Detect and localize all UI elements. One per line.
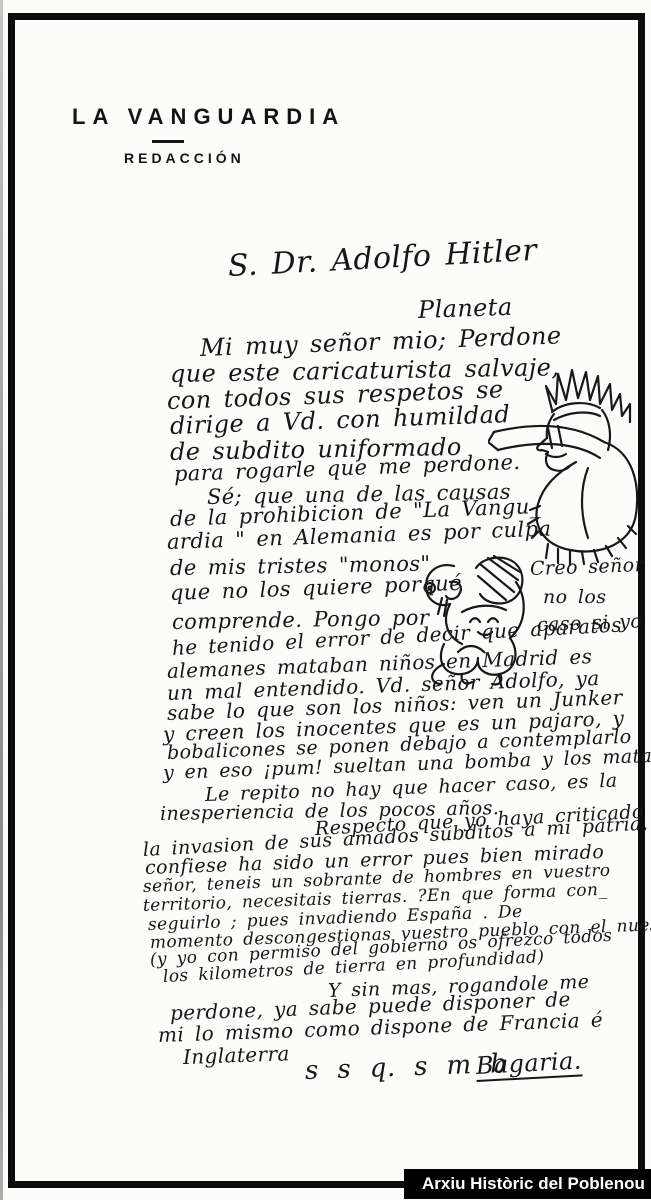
letterhead-divider bbox=[152, 140, 184, 143]
scan-edge-artifact bbox=[0, 0, 3, 1200]
salutation-location: Planeta bbox=[418, 295, 513, 322]
signature: Bagaria. bbox=[475, 1048, 582, 1082]
letter-line: Inglaterra bbox=[183, 1043, 290, 1067]
salutation-recipient: S. Dr. Adolfo Hitler bbox=[227, 236, 538, 282]
letterhead-title: LA VANGUARDIA bbox=[72, 104, 345, 130]
archive-stamp-label: Arxiu Històric del Poblenou bbox=[422, 1174, 645, 1194]
salute-caricature-sketch bbox=[488, 358, 644, 566]
letter-line: no los bbox=[543, 588, 606, 607]
weeping-monkeys-sketch bbox=[414, 552, 550, 688]
letterhead-subtitle: REDACCIÓN bbox=[124, 150, 245, 166]
scanned-letter-page: LA VANGUARDIA REDACCIÓN S. Dr. Adolfo Hi… bbox=[0, 0, 651, 1200]
archive-stamp-bar: Arxiu Històric del Poblenou bbox=[404, 1169, 651, 1199]
